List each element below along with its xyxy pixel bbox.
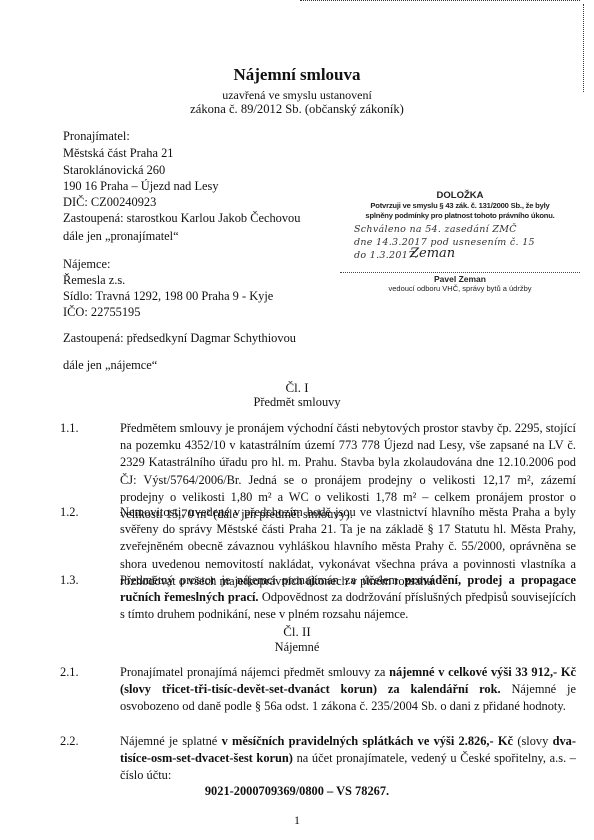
clause-text-part: Nájemné je splatné bbox=[120, 734, 222, 748]
article1-subheading: Předmět smlouvy bbox=[0, 394, 594, 411]
article2-heading: Čl. II bbox=[0, 623, 594, 640]
stamp-signer-name: Pavel Zeman bbox=[340, 274, 580, 284]
clause-text: Předmětný prostor je nájemci pronajímán … bbox=[120, 572, 576, 624]
lessee-name: Řemesla z.s. bbox=[63, 272, 125, 289]
lessee-represented: Zastoupená: předsedkyní Dagmar Schythiov… bbox=[63, 330, 296, 347]
lessee-alias: dále jen „nájemce“ bbox=[63, 357, 157, 374]
lessor-alias: dále jen „pronajímatel“ bbox=[63, 228, 179, 245]
clause-number: 1.1. bbox=[60, 420, 79, 437]
lessor-name: Městská část Praha 21 bbox=[63, 145, 173, 162]
lessee-ico: IČO: 22755195 bbox=[63, 304, 140, 321]
lessor-dic: DIČ: CZ00240923 bbox=[63, 194, 156, 211]
document-subtitle-line2: zákona č. 89/2012 Sb. (občanský zákoník) bbox=[0, 102, 594, 117]
stamp-title: DOLOŽKA bbox=[340, 190, 580, 201]
stamp-text-line1: Potvrzuji ve smyslu § 43 zák. č. 131/200… bbox=[340, 201, 580, 211]
lessor-represented: Zastoupená: starostkou Karlou Jakob Čech… bbox=[63, 210, 300, 227]
bank-account-number: 9021-2000709369/0800 – VS 78267. bbox=[0, 783, 594, 800]
clause-number: 1.3. bbox=[60, 572, 79, 589]
scan-edge-top bbox=[300, 0, 580, 1]
stamp-signature: Zeman bbox=[410, 246, 455, 261]
clause-2-1: 2.1. Pronajímatel pronajímá nájemci před… bbox=[60, 664, 576, 716]
page-number: 1 bbox=[0, 813, 594, 828]
lessor-city: 190 16 Praha – Újezd nad Lesy bbox=[63, 178, 219, 195]
stamp-handwritten-note: Schváleno na 54. zasedání ZMČ dne 14.3.2… bbox=[354, 223, 580, 262]
lessor-street: Staroklánovická 260 bbox=[63, 162, 165, 179]
lessee-label: Nájemce: bbox=[63, 256, 110, 273]
clause-text: Pronajímatel pronajímá nájemci předmět s… bbox=[120, 664, 576, 716]
document-subtitle-line1: uzavřená ve smyslu ustanovení bbox=[0, 88, 594, 103]
clause-text-bold: v měsíčních pravidelných splátkách ve vý… bbox=[222, 734, 513, 748]
lessor-label: Pronajímatel: bbox=[63, 128, 130, 145]
lessee-seat: Sídlo: Travná 1292, 198 00 Praha 9 - Kyj… bbox=[63, 288, 273, 305]
clause-text: Nájemné je splatné v měsíčních pravideln… bbox=[120, 733, 576, 785]
document-title: Nájemní smlouva bbox=[0, 65, 594, 85]
clause-number: 2.1. bbox=[60, 664, 79, 681]
clause-number: 2.2. bbox=[60, 733, 79, 750]
stamp-signature-line bbox=[340, 272, 580, 273]
clause-2-2: 2.2. Nájemné je splatné v měsíčních prav… bbox=[60, 733, 576, 785]
stamp-text-line2: splněny podmínky pro platnost tohoto prá… bbox=[340, 211, 580, 221]
stamp-signer-role: vedoucí odboru VHČ, správy bytů a údržby bbox=[340, 284, 580, 293]
clause-text-part: (slovy bbox=[513, 734, 553, 748]
clause-text-part: Pronajímatel pronajímá nájemci předmět s… bbox=[120, 665, 389, 679]
article2-subheading: Nájemné bbox=[0, 639, 594, 656]
validity-stamp: DOLOŽKA Potvrzuji ve smyslu § 43 zák. č.… bbox=[340, 190, 580, 293]
clause-number: 1.2. bbox=[60, 504, 79, 521]
clause-1-3: 1.3. Předmětný prostor je nájemci pronaj… bbox=[60, 572, 576, 624]
clause-text-part: Předmětný prostor je nájemci pronajímán … bbox=[120, 573, 405, 587]
